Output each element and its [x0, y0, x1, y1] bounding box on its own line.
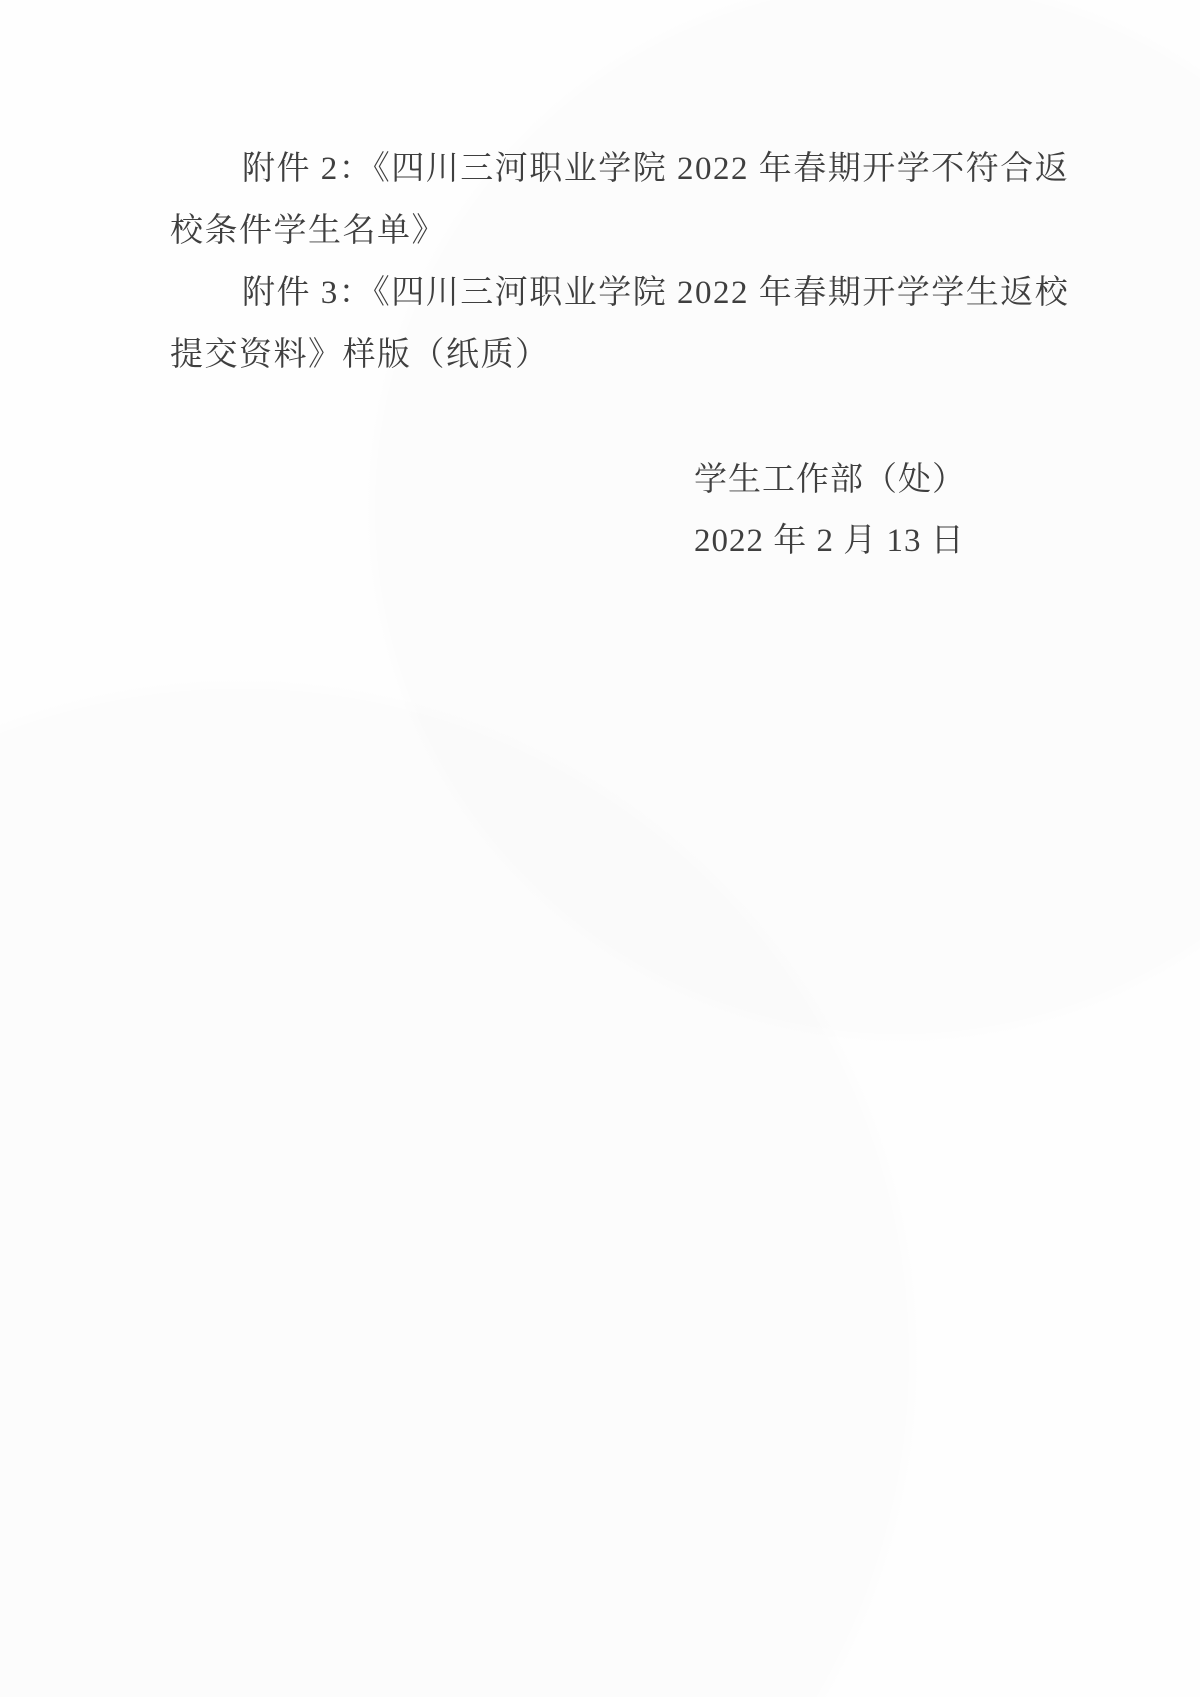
signature-date: 2022 年 2 月 13 日	[694, 511, 966, 572]
document-page: 附件 2：《四川三河职业学院 2022 年春期开学不符合返 校条件学生名单》 附…	[0, 0, 1200, 1697]
attachment-2-paragraph: 附件 2：《四川三河职业学院 2022 年春期开学不符合返 校条件学生名单》	[170, 138, 960, 262]
attachment-3-paragraph: 附件 3：《四川三河职业学院 2022 年春期开学学生返校 提交资料》样版（纸质…	[170, 262, 960, 386]
attachment-2-line-2: 校条件学生名单》	[170, 200, 960, 262]
attachment-list: 附件 2：《四川三河职业学院 2022 年春期开学不符合返 校条件学生名单》 附…	[170, 138, 960, 386]
signature-block: 学生工作部（处） 2022 年 2 月 13 日	[694, 450, 966, 572]
attachment-2-line-1: 附件 2：《四川三河职业学院 2022 年春期开学不符合返	[170, 138, 960, 200]
signature-department: 学生工作部（处）	[694, 450, 966, 511]
attachment-3-line-2: 提交资料》样版（纸质）	[170, 324, 960, 386]
attachment-3-line-1: 附件 3：《四川三河职业学院 2022 年春期开学学生返校	[170, 262, 960, 324]
